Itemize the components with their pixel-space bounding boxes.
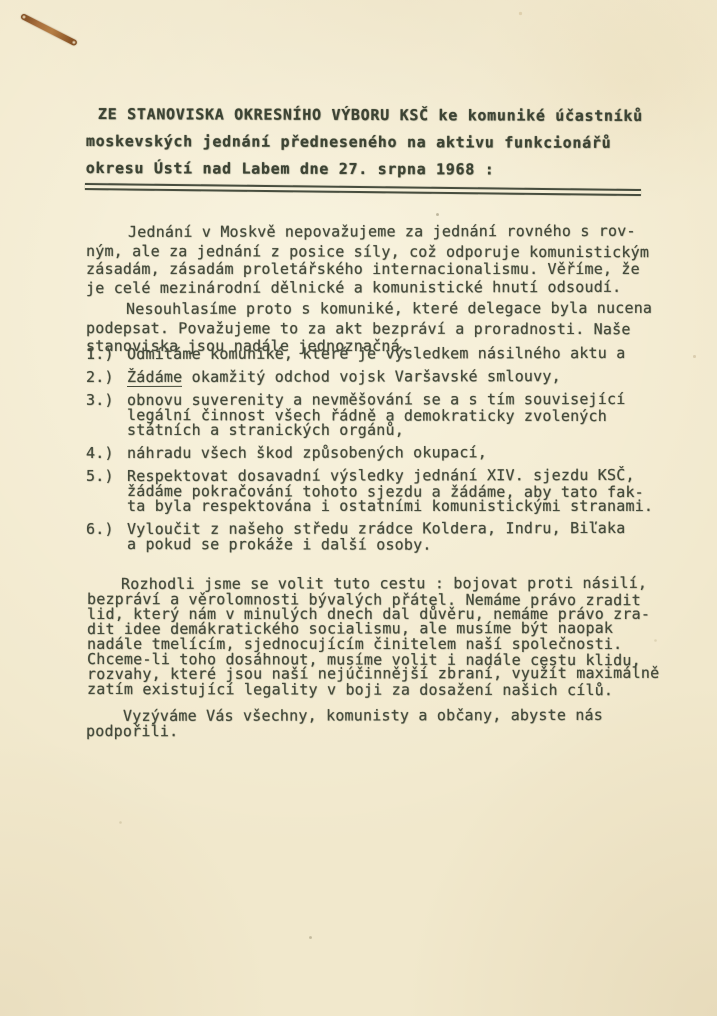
body-line: je celé mezinárodní dělnické a komunisti… bbox=[86, 278, 649, 298]
list-item: 2.) Žádáme okamžitý odchod vojsk Varšavs… bbox=[86, 370, 653, 385]
document-heading: ZE STANOVISKA OKRESNÍHO VÝBORU KSČ ke ko… bbox=[86, 101, 643, 184]
list-item: 5.) Respektovat dosavadní výsledky jedná… bbox=[86, 469, 653, 514]
heading-double-underline bbox=[85, 183, 641, 196]
list-item: 4.) náhradu všech škod způsobených okupa… bbox=[86, 446, 653, 461]
staple-mark bbox=[20, 13, 78, 46]
list-item: 3.) obnovu suverenity a nevměšování se a… bbox=[86, 393, 653, 438]
heading-line: ZE STANOVISKA OKRESNÍHO VÝBORU KSČ ke ko… bbox=[86, 101, 643, 130]
body-line: bezpráví a věrolomnosti bývalých přátel.… bbox=[87, 592, 659, 608]
body-line-rest: okamžitý odchod vojsk Varšavské smlouvy, bbox=[182, 367, 561, 386]
list-item-text: Respektovat dosavadní výsledky jednání X… bbox=[127, 469, 653, 514]
body-line: ným, ale za jednání z posice síly, což o… bbox=[86, 242, 649, 262]
demands-list: 1.) Odmítáme komuniké, které je výsledke… bbox=[86, 347, 653, 560]
body-line: zásadám, zásadám proletářského internaci… bbox=[86, 260, 649, 279]
underlined-word: Žádáme bbox=[127, 368, 182, 387]
body-line: zatím existující legality v boji za dosa… bbox=[87, 682, 659, 698]
list-item-number: 1.) bbox=[86, 347, 127, 362]
body-line: podpořili. bbox=[86, 724, 603, 740]
scanned-document-page: ZE STANOVISKA OKRESNÍHO VÝBORU KSČ ke ko… bbox=[0, 0, 717, 1016]
heading-line: moskevských jednání předneseného na akti… bbox=[86, 128, 643, 157]
list-item: 1.) Odmítáme komuniké, které je výsledke… bbox=[86, 347, 653, 362]
body-line: dit idee demákratického socialismu, ale … bbox=[87, 621, 659, 637]
list-item-number: 5.) bbox=[86, 469, 127, 514]
heading-line: okresu Ústí nad Labem dne 27. srpna 1968… bbox=[86, 155, 643, 184]
body-line: státních a stranických orgánů, bbox=[127, 423, 625, 438]
list-item-number: 3.) bbox=[86, 393, 127, 438]
list-item-text: obnovu suverenity a nevměšování se a s t… bbox=[127, 393, 625, 438]
list-item-number: 2.) bbox=[86, 370, 127, 385]
appeal-paragraph: Vyzýváme Vás všechny, komunisty a občany… bbox=[86, 709, 603, 739]
body-line: žádáme pokračování tohoto sjezdu a žádám… bbox=[127, 484, 653, 500]
list-item: 6.) Vyloučit z našeho středu zrádce Kold… bbox=[86, 522, 653, 552]
body-line: náhradu všech škod způsobených okupací, bbox=[127, 445, 487, 461]
opening-paragraph: Jednání v Moskvě nepovažujeme za jednání… bbox=[86, 223, 649, 298]
body-line: Nesouhlasíme proto s komuniké, které del… bbox=[86, 299, 652, 319]
list-item-number: 6.) bbox=[86, 522, 127, 552]
resolution-paragraph: Rozhodli jsme se volit tuto cestu : bojo… bbox=[87, 577, 659, 697]
body-line: podepsat. Považujeme to za akt bezpráví … bbox=[86, 319, 652, 339]
paper-specks bbox=[0, 0, 1, 1]
list-item-text: Vyloučit z našeho středu zrádce Koldera,… bbox=[127, 522, 625, 552]
body-line: ta byla respektována i ostatními komunis… bbox=[127, 499, 653, 514]
list-item-text: náhradu všech škod způsobených okupací, bbox=[127, 446, 487, 461]
body-line: legální činnost všech řádně a demokratic… bbox=[127, 408, 625, 424]
body-line: Jednání v Moskvě nepovažujeme za jednání… bbox=[86, 222, 649, 242]
list-item-text: Žádáme okamžitý odchod vojsk Varšavské s… bbox=[127, 370, 561, 385]
body-line: a pokud se prokáže i další osoby. bbox=[127, 537, 625, 553]
body-line: Žádáme okamžitý odchod vojsk Varšavské s… bbox=[127, 369, 561, 385]
list-item-number: 4.) bbox=[86, 446, 127, 461]
body-line: Odmítáme komuniké, které je výsledkem ná… bbox=[127, 346, 625, 362]
list-item-text: Odmítáme komuniké, které je výsledkem ná… bbox=[127, 347, 625, 362]
